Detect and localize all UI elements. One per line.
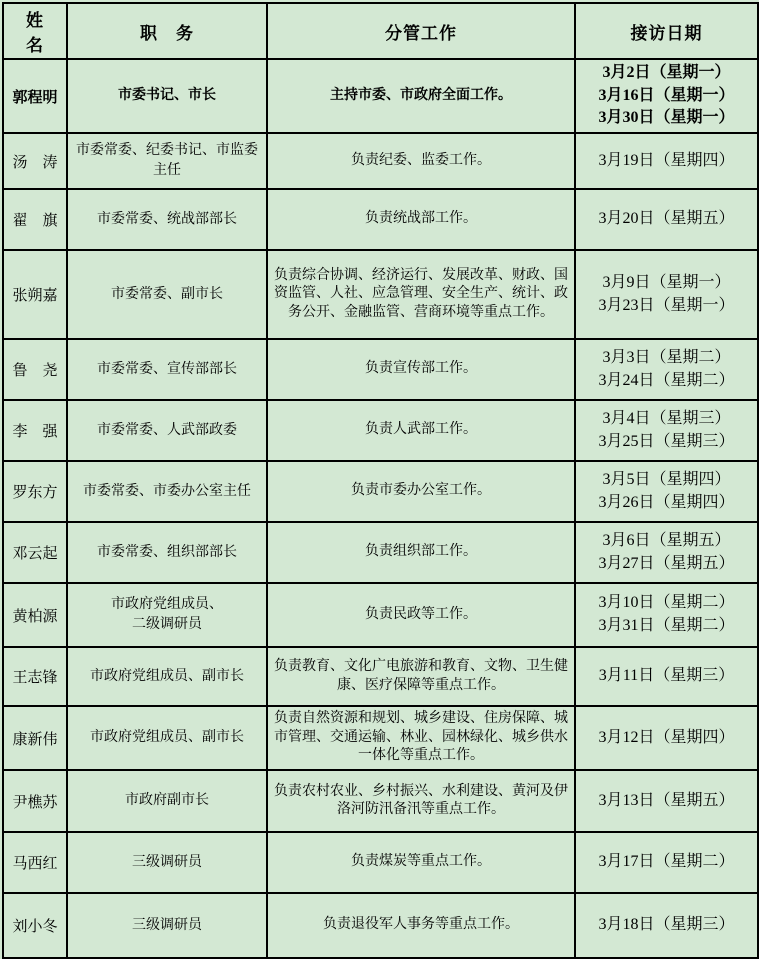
name-cell: 罗东方 [3, 461, 67, 522]
date-line: 3月27日（星期五） [582, 553, 751, 576]
table-row: 尹樵苏 市政府副市长 负责农村农业、乡村振兴、水利建设、黄河及伊洛河防汛备汛等重… [3, 770, 758, 832]
position-cell: 市委常委、统战部部长 [67, 189, 267, 250]
name-cell: 邓云起 [3, 522, 67, 583]
duties-cell: 负责自然资源和规划、城乡建设、住房保障、城市管理、交通运输、林业、园林绿化、城乡… [267, 706, 575, 770]
dates-cell: 3月5日（星期四） 3月26日（星期四） [575, 461, 758, 522]
name-cell: 汤 涛 [3, 133, 67, 189]
table-row: 马西红 三级调研员 负责煤炭等重点工作。 3月17日（星期二） [3, 832, 758, 893]
duties-cell: 负责教育、文化广电旅游和教育、文物、卫生健康、医疗保障等重点工作。 [267, 647, 575, 706]
spreadsheet-page: 姓 名 职 务 分管工作 接访日期 郭程明 市委书记、市长 主持市委、市政府全面… [0, 0, 759, 947]
position-cell: 市委常委、人武部政委 [67, 400, 267, 461]
date-line: 3月6日（星期五） [582, 530, 751, 553]
col-header-dates: 接访日期 [575, 3, 758, 59]
name-cell: 翟 旗 [3, 189, 67, 250]
duties-cell: 负责农村农业、乡村振兴、水利建设、黄河及伊洛河防汛备汛等重点工作。 [267, 770, 575, 832]
duties-cell: 负责人武部工作。 [267, 400, 575, 461]
col-header-position: 职 务 [67, 3, 267, 59]
col-header-name: 姓 名 [3, 3, 67, 59]
table-row: 黄柏源 市政府党组成员、 二级调研员 负责民政等工作。 3月10日（星期二） 3… [3, 583, 758, 647]
date-line: 3月16日（星期一） [582, 85, 751, 108]
date-line: 3月3日（星期二） [582, 347, 751, 370]
table-row: 鲁 尧 市委常委、宣传部部长 负责宣传部工作。 3月3日（星期二） 3月24日（… [3, 339, 758, 400]
position-cell: 市政府党组成员、副市长 [67, 706, 267, 770]
position-cell: 市委常委、副市长 [67, 250, 267, 339]
date-line: 3月5日（星期四） [582, 469, 751, 492]
dates-cell: 3月6日（星期五） 3月27日（星期五） [575, 522, 758, 583]
position-cell: 三级调研员 [67, 832, 267, 893]
name-cell: 鲁 尧 [3, 339, 67, 400]
dates-cell: 3月19日（星期四） [575, 133, 758, 189]
name-cell: 刘小冬 [3, 893, 67, 958]
duties-cell: 负责煤炭等重点工作。 [267, 832, 575, 893]
duties-cell: 负责宣传部工作。 [267, 339, 575, 400]
dates-cell: 3月4日（星期三） 3月25日（星期三） [575, 400, 758, 461]
dates-cell: 3月3日（星期二） 3月24日（星期二） [575, 339, 758, 400]
date-line: 3月18日（星期三） [582, 914, 751, 937]
dates-cell: 3月20日（星期五） [575, 189, 758, 250]
duties-cell: 负责退役军人事务等重点工作。 [267, 893, 575, 958]
duties-cell: 负责统战部工作。 [267, 189, 575, 250]
duties-cell: 主持市委、市政府全面工作。 [267, 59, 575, 133]
name-cell: 黄柏源 [3, 583, 67, 647]
date-line: 3月10日（星期二） [582, 592, 751, 615]
position-cell: 市委常委、市委办公室主任 [67, 461, 267, 522]
date-line: 3月13日（星期五） [582, 790, 751, 813]
name-cell: 尹樵苏 [3, 770, 67, 832]
date-line: 3月4日（星期三） [582, 408, 751, 431]
date-line: 3月30日（星期一） [582, 107, 751, 130]
date-line: 3月20日（星期五） [582, 208, 751, 231]
position-cell: 市政府副市长 [67, 770, 267, 832]
table-row: 张朔嘉 市委常委、副市长 负责综合协调、经济运行、发展改革、财政、国资监管、人社… [3, 250, 758, 339]
table-row: 王志锋 市政府党组成员、副市长 负责教育、文化广电旅游和教育、文物、卫生健康、医… [3, 647, 758, 706]
duty-roster-table: 姓 名 职 务 分管工作 接访日期 郭程明 市委书记、市长 主持市委、市政府全面… [2, 2, 759, 959]
dates-cell: 3月9日（星期一） 3月23日（星期一） [575, 250, 758, 339]
date-line: 3月19日（星期四） [582, 150, 751, 173]
position-cell: 市委书记、市长 [67, 59, 267, 133]
date-line: 3月11日（星期三） [582, 665, 751, 688]
name-cell: 马西红 [3, 832, 67, 893]
name-cell: 张朔嘉 [3, 250, 67, 339]
col-header-duties: 分管工作 [267, 3, 575, 59]
dates-cell: 3月13日（星期五） [575, 770, 758, 832]
date-line: 3月26日（星期四） [582, 492, 751, 515]
date-line: 3月23日（星期一） [582, 295, 751, 318]
table-row: 李 强 市委常委、人武部政委 负责人武部工作。 3月4日（星期三） 3月25日（… [3, 400, 758, 461]
position-cell: 三级调研员 [67, 893, 267, 958]
position-cell: 市委常委、纪委书记、市监委主任 [67, 133, 267, 189]
name-cell: 王志锋 [3, 647, 67, 706]
dates-cell: 3月10日（星期二） 3月31日（星期二） [575, 583, 758, 647]
table-row: 翟 旗 市委常委、统战部部长 负责统战部工作。 3月20日（星期五） [3, 189, 758, 250]
duties-cell: 负责市委办公室工作。 [267, 461, 575, 522]
dates-cell: 3月11日（星期三） [575, 647, 758, 706]
table-row: 罗东方 市委常委、市委办公室主任 负责市委办公室工作。 3月5日（星期四） 3月… [3, 461, 758, 522]
table-row: 刘小冬 三级调研员 负责退役军人事务等重点工作。 3月18日（星期三） [3, 893, 758, 958]
dates-cell: 3月18日（星期三） [575, 893, 758, 958]
date-line: 3月2日（星期一） [582, 62, 751, 85]
name-cell: 李 强 [3, 400, 67, 461]
table-row: 汤 涛 市委常委、纪委书记、市监委主任 负责纪委、监委工作。 3月19日（星期四… [3, 133, 758, 189]
date-line: 3月31日（星期二） [582, 615, 751, 638]
date-line: 3月25日（星期三） [582, 431, 751, 454]
date-line: 3月9日（星期一） [582, 272, 751, 295]
name-cell: 郭程明 [3, 59, 67, 133]
header-row: 姓 名 职 务 分管工作 接访日期 [3, 3, 758, 59]
duties-cell: 负责组织部工作。 [267, 522, 575, 583]
duties-cell: 负责综合协调、经济运行、发展改革、财政、国资监管、人社、应急管理、安全生产、统计… [267, 250, 575, 339]
table-row: 邓云起 市委常委、组织部部长 负责组织部工作。 3月6日（星期五） 3月27日（… [3, 522, 758, 583]
position-cell: 市政府党组成员、 二级调研员 [67, 583, 267, 647]
date-line: 3月24日（星期二） [582, 370, 751, 393]
name-cell: 康新伟 [3, 706, 67, 770]
position-cell: 市政府党组成员、副市长 [67, 647, 267, 706]
position-cell: 市委常委、宣传部部长 [67, 339, 267, 400]
duties-cell: 负责纪委、监委工作。 [267, 133, 575, 189]
table-row: 郭程明 市委书记、市长 主持市委、市政府全面工作。 3月2日（星期一） 3月16… [3, 59, 758, 133]
dates-cell: 3月17日（星期二） [575, 832, 758, 893]
position-cell: 市委常委、组织部部长 [67, 522, 267, 583]
date-line: 3月12日（星期四） [582, 727, 751, 750]
dates-cell: 3月2日（星期一） 3月16日（星期一） 3月30日（星期一） [575, 59, 758, 133]
duties-cell: 负责民政等工作。 [267, 583, 575, 647]
date-line: 3月17日（星期二） [582, 851, 751, 874]
dates-cell: 3月12日（星期四） [575, 706, 758, 770]
table-row: 康新伟 市政府党组成员、副市长 负责自然资源和规划、城乡建设、住房保障、城市管理… [3, 706, 758, 770]
